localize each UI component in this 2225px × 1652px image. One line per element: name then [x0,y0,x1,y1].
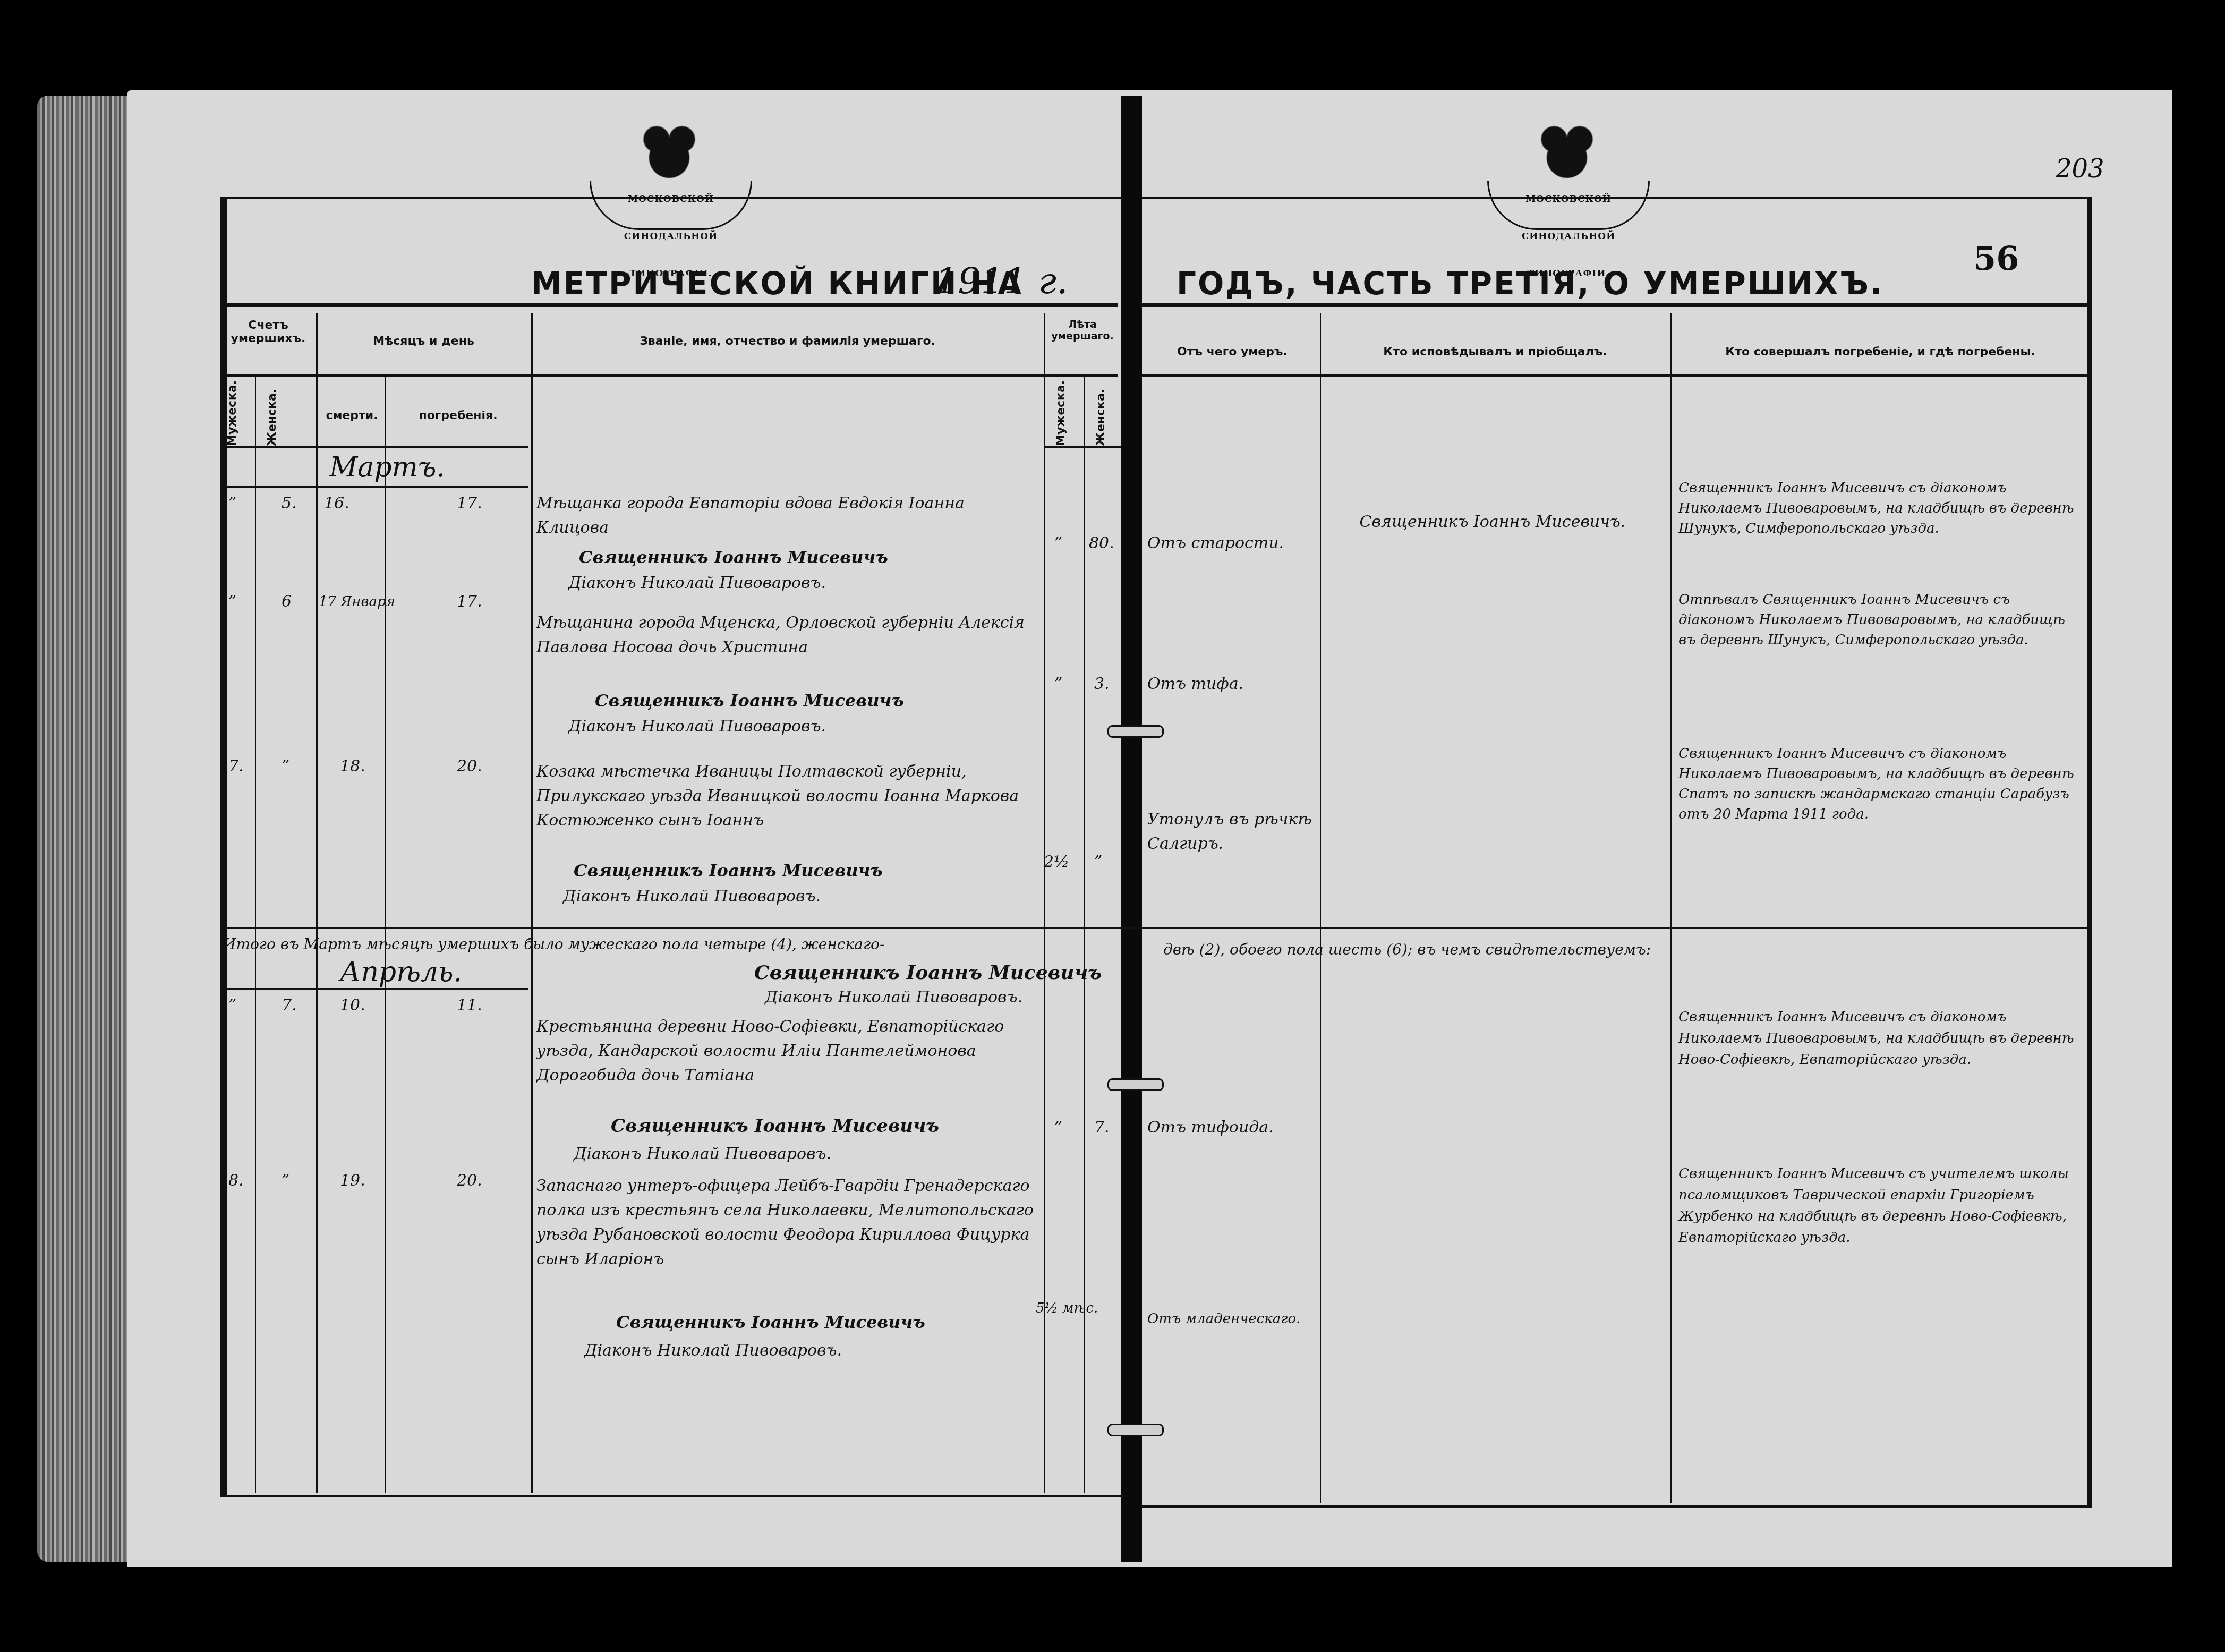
record-2-cause: Отъ тифа. [1147,672,1317,696]
record-5-burial-date: 20. [457,1169,482,1193]
record-1-count-female: 5. [282,491,297,516]
imperial-eagle-emblem-left: МОСКОВСКОЙ СИНОДАЛЬНОЙ ТИПОГРАФІИ. [590,112,749,250]
emblem-ribbon: МОСКОВСКОЙ СИНОДАЛЬНОЙ ТИПОГРАФІИ. [590,181,752,230]
page-number-handwritten: 203 [2056,154,2104,184]
summary-text-left: Итого въ Мартъ мѣсяцѣ умершихъ было муже… [223,932,1121,957]
record-1-deacon-signature: Діаконъ Николай Пивоваровъ. [568,571,826,595]
record-2-age-female: 3. [1094,672,1110,696]
record-2-burial-by: Отпѣвалъ Священникъ Іоаннъ Мисевичъ съ д… [1678,590,2082,650]
col-header-burial-date: погребенія. [388,409,528,422]
subheader-rule [1044,446,1121,448]
record-3-age-female: ” [1094,850,1102,874]
record-3-deacon-signature: Діаконъ Николай Пивоваровъ. [563,884,821,909]
record-2-deacon-signature: Діаконъ Николай Пивоваровъ. [568,714,826,739]
col-line [1670,313,1672,1503]
record-1-burial-by: Священникъ Іоаннъ Мисевичъ съ діакономъ … [1678,478,2082,539]
page-title-right: ГОДЪ, ЧАСТЬ ТРЕТІЯ, О УМЕРШИХЪ. [1177,266,1883,302]
col-header-cause: Отъ чего умеръ. [1147,345,1317,359]
col-header-count-male: Мужеска. [226,388,239,446]
col-header-burial: Кто совершалъ погребеніе, и гдѣ погребен… [1673,345,2087,359]
month-rule [220,486,528,488]
record-5-burial-by: Священникъ Іоаннъ Мисевичъ съ учителемъ … [1678,1163,2082,1248]
record-1-name: Мѣщанка города Евпаторіи вдова Евдокія І… [536,491,1036,540]
record-3-burial-by: Священникъ Іоаннъ Мисевичъ съ діакономъ … [1678,744,2082,824]
record-3-priest-signature: Священникъ Іоаннъ Мисевичъ [574,861,883,881]
month-label-march: Мартъ. [329,452,445,483]
record-1-confessor: Священникъ Іоаннъ Мисевичъ. [1333,510,1652,534]
record-2-priest-signature: Священникъ Іоаннъ Мисевичъ [595,691,904,711]
col-header-confessor: Кто исповѣдывалъ и пріобщалъ. [1323,345,1668,359]
record-3-name: Козака мѣстечка Иваницы Полтавской губер… [536,760,1036,833]
record-1-age-female: 80. [1089,531,1114,556]
record-1-burial-date: 17. [457,491,482,516]
col-header-count: Счетъ умершихъ. [223,319,313,345]
record-3-count-female: ” [282,754,289,779]
record-2-name: Мѣщанина города Мценска, Орловской губер… [536,611,1036,660]
col-header-age: Лѣта умершаго. [1045,319,1120,342]
record-3-count-male: 7. [228,754,244,779]
record-3-age-male: 2½ [1044,850,1069,874]
record-1-count-male: ” [228,491,236,516]
record-4-priest-signature: Священникъ Іоаннъ Мисевичъ [611,1115,939,1137]
record-1-death-date: 16. [324,491,349,516]
record-4-death-date: 10. [340,993,365,1018]
record-4-count-male: ” [228,993,236,1018]
summary-priest-signature: Священникъ Іоаннъ Мисевичъ [754,961,1102,984]
record-4-count-female: 7. [282,993,297,1018]
header-rule [220,374,1118,377]
month-label-april: Апрѣль. [340,956,462,988]
record-3-death-date: 18. [340,754,365,779]
record-5-name: Запаснаго унтеръ-офицера Лейбъ-Гвардіи Г… [536,1174,1036,1272]
col-header-death: смерти. [319,409,385,422]
record-2-age-male: ” [1054,672,1062,696]
header-rule [1142,374,2087,377]
record-5-priest-signature: Священникъ Іоаннъ Мисевичъ [616,1312,925,1332]
col-header-age-female: Женска. [1094,404,1107,446]
col-line [531,313,533,1493]
summary-deacon-signature: Діаконъ Николай Пивоваровъ. [765,985,1022,1010]
page-number-printed: 56 [1973,239,2019,278]
record-5-cause: Отъ младенческаго. [1147,1307,1317,1331]
record-1-priest-signature: Священникъ Іоаннъ Мисевичъ [579,547,888,567]
summary-rule [220,927,2087,929]
record-5-count-male: 8. [228,1169,244,1193]
record-5-age-male: 5½ мѣс. [1036,1296,1098,1321]
record-3-cause: Утонулъ въ рѣчкѣ Салгиръ. [1147,807,1317,856]
record-5-death-date: 19. [340,1169,365,1193]
record-2-death-date: 17 Января [319,590,395,614]
emblem-ribbon: МОСКОВСКОЙ СИНОДАЛЬНОЙ ТИПОГРАФІИ. [1487,181,1650,230]
col-header-month-day: Мѣсяцъ и день [319,335,528,348]
col-line [1320,313,1321,1503]
header-rule [220,303,1118,307]
record-4-deacon-signature: Діаконъ Николай Пивоваровъ. [574,1142,831,1166]
record-4-burial-by: Священникъ Іоаннъ Мисевичъ съ діакономъ … [1678,1007,2082,1070]
record-2-burial-date: 17. [457,590,482,614]
month-rule [220,988,528,990]
summary-text-right: двѣ (2), обоего пола шесть (6); въ чемъ … [1163,938,1801,962]
record-4-burial-date: 11. [457,993,482,1018]
record-2-count-male: ” [228,590,236,614]
book-page-edges [37,96,130,1562]
double-headed-eagle-icon [637,117,701,191]
record-4-name: Крестьянина деревни Ново-Софіевки, Евпат… [536,1015,1036,1088]
record-5-deacon-signature: Діаконъ Николай Пивоваровъ. [584,1339,842,1363]
record-3-burial-date: 20. [457,754,482,779]
col-header-count-female: Женска. [266,388,279,446]
record-4-age-male: ” [1054,1115,1062,1140]
record-1-age-male: ” [1054,531,1062,556]
col-header-name: Званіе, имя, отчество и фамилія умершаго… [534,335,1041,348]
record-1-cause: Отъ старости. [1147,531,1317,556]
left-table-frame [220,197,1124,1497]
record-2-count-female: 6 [282,590,292,614]
record-4-cause: Отъ тифоида. [1147,1115,1317,1140]
header-rule [1142,303,2087,307]
col-header-age-male: Мужеска. [1054,393,1068,446]
double-headed-eagle-icon [1535,117,1599,191]
col-line [316,313,318,1493]
record-5-count-female: ” [282,1169,289,1193]
record-4-age-female: 7. [1094,1115,1110,1140]
year-handwritten: 1911 г. [935,260,1068,302]
imperial-eagle-emblem-right: МОСКОВСКОЙ СИНОДАЛЬНОЙ ТИПОГРАФІИ. [1487,112,1647,250]
subheader-rule [220,446,528,448]
